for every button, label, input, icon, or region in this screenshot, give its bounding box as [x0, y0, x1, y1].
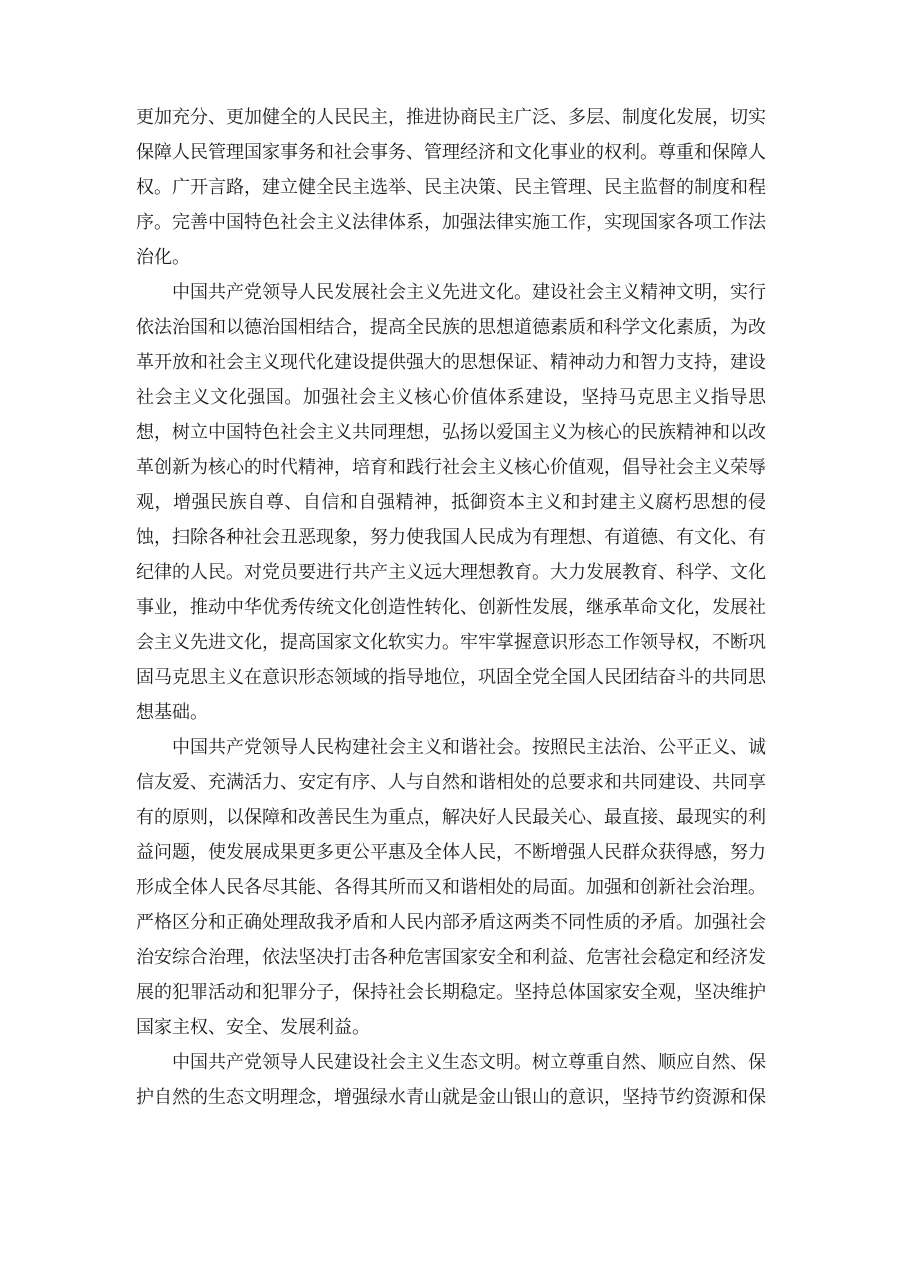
paragraph-advanced-culture: 中国共产党领导人民发展社会主义先进文化。建设社会主义精神文明，实行依法治国和以德…	[136, 275, 766, 730]
document-page: 更加充分、更加健全的人民民主，推进协商民主广泛、多层、制度化发展，切实保障人民管…	[0, 0, 900, 1272]
paragraph-harmonious-society: 中国共产党领导人民构建社会主义和谐社会。按照民主法治、公平正义、诚信友爱、充满活…	[136, 730, 766, 1045]
paragraph-people-democracy: 更加充分、更加健全的人民民主，推进协商民主广泛、多层、制度化发展，切实保障人民管…	[136, 100, 766, 275]
paragraph-ecological-civilization: 中国共产党领导人民建设社会主义生态文明。树立尊重自然、顺应自然、保护自然的生态文…	[136, 1045, 766, 1115]
text-block: 更加充分、更加健全的人民民主，推进协商民主广泛、多层、制度化发展，切实保障人民管…	[136, 100, 766, 1115]
